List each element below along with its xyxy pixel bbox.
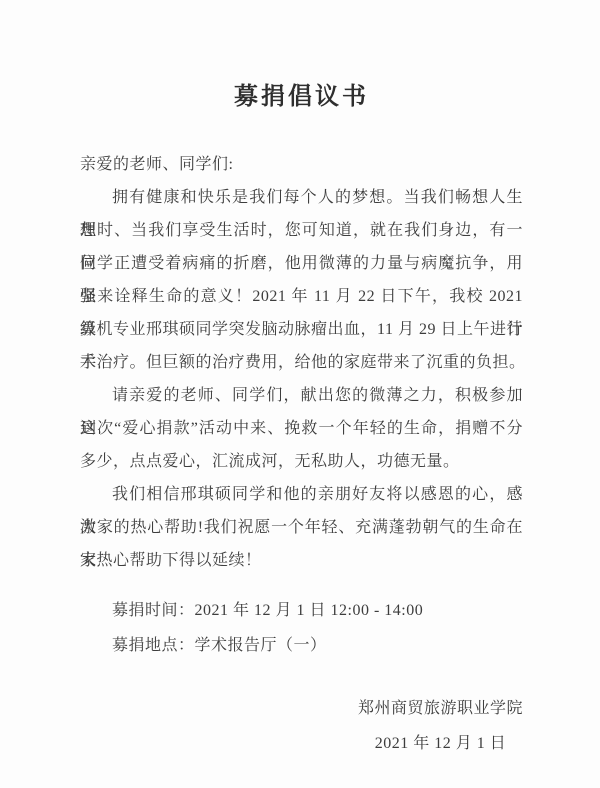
signature-inner: 郑州商贸旅游职业学院 2021 年 12 月 1 日 — [358, 691, 523, 761]
donation-time-line: 募捐时间：2021 年 12 月 1 日 12:00 - 14:00 — [80, 593, 523, 628]
donation-time-value: 2021 年 12 月 1 日 12:00 - 14:00 — [195, 602, 424, 619]
body-line: 同学正遭受着病痛的折磨，他用微薄的力量与病魔抗争，用坚 — [80, 247, 523, 280]
document-title: 募捐倡议书 — [80, 82, 523, 112]
salutation: 亲爱的老师、同学们: — [80, 148, 523, 181]
body-line: 我们相信邢琪硕同学和他的亲朋好友将以感恩的心，感激 — [80, 478, 523, 511]
body-line: 术治疗。但巨额的治疗费用，给他的家庭带来了沉重的负担。 — [80, 346, 523, 379]
body-line: 这次“爱心捐款”活动中来、挽救一个年轻的生命，捐赠不分 — [80, 412, 523, 445]
donation-place-line: 募捐地点：学术报告厅（一） — [80, 628, 523, 663]
donation-time-label: 募捐时间： — [112, 602, 195, 619]
letter-content: 募捐倡议书 亲爱的老师、同学们: 拥有健康和快乐是我们每个人的梦想。当我们畅想人… — [80, 0, 523, 761]
body-line: 家热心帮助下得以延续！ — [80, 544, 523, 577]
donation-place-label: 募捐地点： — [112, 637, 195, 654]
signature-organization: 郑州商贸旅游职业学院 — [358, 691, 523, 726]
scanned-letter-page: 募捐倡议书 亲爱的老师、同学们: 拥有健康和快乐是我们每个人的梦想。当我们畅想人… — [0, 0, 600, 788]
letter-body: 亲爱的老师、同学们: 拥有健康和快乐是我们每个人的梦想。当我们畅想人生理想时、当… — [80, 148, 523, 577]
signature-block: 郑州商贸旅游职业学院 2021 年 12 月 1 日 — [80, 691, 523, 761]
donation-place-value: 学术报告厅（一） — [195, 637, 327, 654]
body-line: 请亲爱的老师、同学们，献出您的微薄之力，积极参加到 — [80, 379, 523, 412]
body-line: 拥有健康和快乐是我们每个人的梦想。当我们畅想人生理 — [80, 181, 523, 214]
signature-date: 2021 年 12 月 1 日 — [358, 726, 523, 761]
body-line: 强来诠释生命的意义！2021 年 11 月 22 日下午，我校 2021 级计 — [80, 280, 523, 313]
donation-details: 募捐时间：2021 年 12 月 1 日 12:00 - 14:00 募捐地点：… — [80, 593, 523, 663]
body-line: 算机专业邢琪硕同学突发脑动脉瘤出血，11 月 29 日上午进行手 — [80, 313, 523, 346]
body-line: 大家的热心帮助!我们祝愿一个年轻、充满蓬勃朝气的生命在大 — [80, 511, 523, 544]
body-line: 想时、当我们享受生活时，您可知道，就在我们身边，有一位 — [80, 214, 523, 247]
body-line: 多少，点点爱心，汇流成河，无私助人，功德无量。 — [80, 445, 523, 478]
body-text: 拥有健康和快乐是我们每个人的梦想。当我们畅想人生理想时、当我们享受生活时，您可知… — [80, 181, 523, 577]
